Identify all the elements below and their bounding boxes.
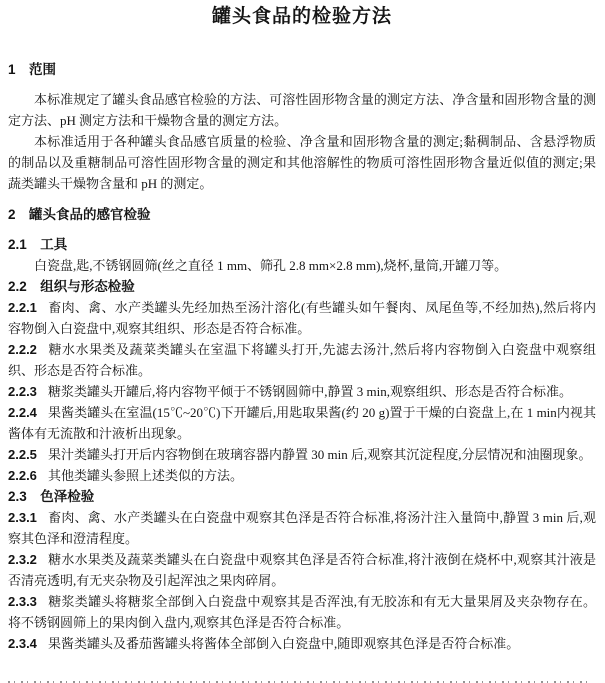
clause: 2.3.2糖水水果类及蔬菜类罐头在白瓷盘中观察其色泽是否符合标准,将汁液倒在烧杯… [8, 549, 596, 591]
heading-text: 组织与形态检验 [40, 279, 135, 294]
clause: 2.2.2糖水水果类及蔬菜类罐头在室温下将罐头打开,先滤去汤汁,然后将内容物倒入… [8, 339, 596, 381]
section-heading: 2.1工具 [8, 234, 596, 255]
clause-number: 2.2.5 [8, 447, 37, 462]
clause: 2.3.4果酱类罐头及番茄酱罐头将酱体全部倒入白瓷盘中,随即观察其色泽是否符合标… [8, 633, 596, 654]
clause: 2.2.1畜肉、禽、水产类罐头先经加热至汤汁溶化(有些罐头如午餐肉、凤尾鱼等,不… [8, 297, 596, 339]
document-blocks: 1范围本标准规定了罐头食品感官检验的方法、可溶性固形物含量的测定方法、净含量和固… [8, 59, 596, 654]
section-heading: 1范围 [8, 59, 596, 80]
heading-number: 2.3 [8, 489, 27, 504]
paragraph: 本标准规定了罐头食品感官检验的方法、可溶性固形物含量的测定方法、净含量和固形物含… [8, 89, 596, 131]
clause-number: 2.2.6 [8, 468, 37, 483]
clause-number: 2.2.2 [8, 342, 37, 357]
clause-number: 2.3.3 [8, 594, 37, 609]
clause-text: 畜肉、禽、水产类罐头先经加热至汤汁溶化(有些罐头如午餐肉、凤尾鱼等,不经加热),… [8, 300, 596, 336]
clause-number: 2.2.4 [8, 405, 37, 420]
clause: 2.2.6其他类罐头参照上述类似的方法。 [8, 465, 596, 486]
clause-number: 2.3.4 [8, 636, 37, 651]
clause-text: 糖水水果类及蔬菜类罐头在室温下将罐头打开,先滤去汤汁,然后将内容物倒入白瓷盘中观… [8, 342, 596, 378]
clause: 2.2.3糖浆类罐头开罐后,将内容物平倾于不锈钢圆筛中,静置 3 min,观察组… [8, 381, 596, 402]
heading-number: 2.1 [8, 237, 27, 252]
clause-text: 其他类罐头参照上述类似的方法。 [48, 468, 243, 483]
clause: 2.3.1畜肉、禽、水产类罐头在白瓷盘中观察其色泽是否符合标准,将汤汁注入量筒中… [8, 507, 596, 549]
clause-text: 糖浆类罐头将糖浆全部倒入白瓷盘中观察其是否浑浊,有无胶冻和有无大量果屑及夹杂物存… [8, 594, 596, 630]
heading-text: 罐头食品的感官检验 [29, 207, 151, 222]
paragraph-text: 本标准规定了罐头食品感官检验的方法、可溶性固形物含量的测定方法、净含量和固形物含… [8, 92, 596, 128]
heading-text: 色泽检验 [40, 489, 94, 504]
clause: 2.2.4果酱类罐头在室温(15℃~20℃)下开罐后,用匙取果酱(约 20 g)… [8, 402, 596, 444]
clause: 2.3.3糖浆类罐头将糖浆全部倒入白瓷盘中观察其是否浑浊,有无胶冻和有无大量果屑… [8, 591, 596, 633]
clause-text: 畜肉、禽、水产类罐头在白瓷盘中观察其色泽是否符合标准,将汤汁注入量筒中,静置 3… [8, 510, 596, 546]
paragraph: 白瓷盘,匙,不锈钢圆筛(丝之直径 1 mm、筛孔 2.8 mm×2.8 mm),… [8, 255, 596, 276]
heading-number: 1 [8, 62, 16, 77]
heading-text: 范围 [29, 62, 56, 77]
paragraph-text: 白瓷盘,匙,不锈钢圆筛(丝之直径 1 mm、筛孔 2.8 mm×2.8 mm),… [34, 258, 507, 273]
clause-text: 果酱类罐头及番茄酱罐头将酱体全部倒入白瓷盘中,随即观察其色泽是否符合标准。 [48, 636, 519, 651]
clause-text: 糖水水果类及蔬菜类罐头在白瓷盘中观察其色泽是否符合标准,将汁液倒在烧杯中,观察其… [8, 552, 596, 588]
page-title: 罐头食品的检验方法 [8, 5, 596, 29]
clause-number: 2.2.1 [8, 300, 37, 315]
clause-number: 2.2.3 [8, 384, 37, 399]
heading-number: 2 [8, 207, 16, 222]
heading-text: 工具 [40, 237, 67, 252]
clause: 2.2.5果汁类罐头打开后内容物倒在玻璃容器内静置 30 min 后,观察其沉淀… [8, 444, 596, 465]
paragraph: 本标准适用于各种罐头食品感官质量的检验、净含量和固形物含量的测定;黏稠制品、含悬… [8, 131, 596, 194]
clause-text: 果汁类罐头打开后内容物倒在玻璃容器内静置 30 min 后,观察其沉淀程度,分层… [48, 447, 591, 462]
paragraph-text: 本标准适用于各种罐头食品感官质量的检验、净含量和固形物含量的测定;黏稠制品、含悬… [8, 134, 596, 191]
clause-number: 2.3.1 [8, 510, 37, 525]
clause-text: 糖浆类罐头开罐后,将内容物平倾于不锈钢圆筛中,静置 3 min,观察组织、形态是… [48, 384, 572, 399]
heading-number: 2.2 [8, 279, 27, 294]
section-heading: 2罐头食品的感官检验 [8, 204, 596, 225]
clause-number: 2.3.2 [8, 552, 37, 567]
clause-text: 果酱类罐头在室温(15℃~20℃)下开罐后,用匙取果酱(约 20 g)置于干燥的… [8, 405, 596, 441]
section-heading: 2.3色泽检验 [8, 486, 596, 507]
document-page: 罐头食品的检验方法 1范围本标准规定了罐头食品感官检验的方法、可溶性固形物含量的… [0, 0, 605, 654]
section-heading: 2.2组织与形态检验 [8, 276, 596, 297]
